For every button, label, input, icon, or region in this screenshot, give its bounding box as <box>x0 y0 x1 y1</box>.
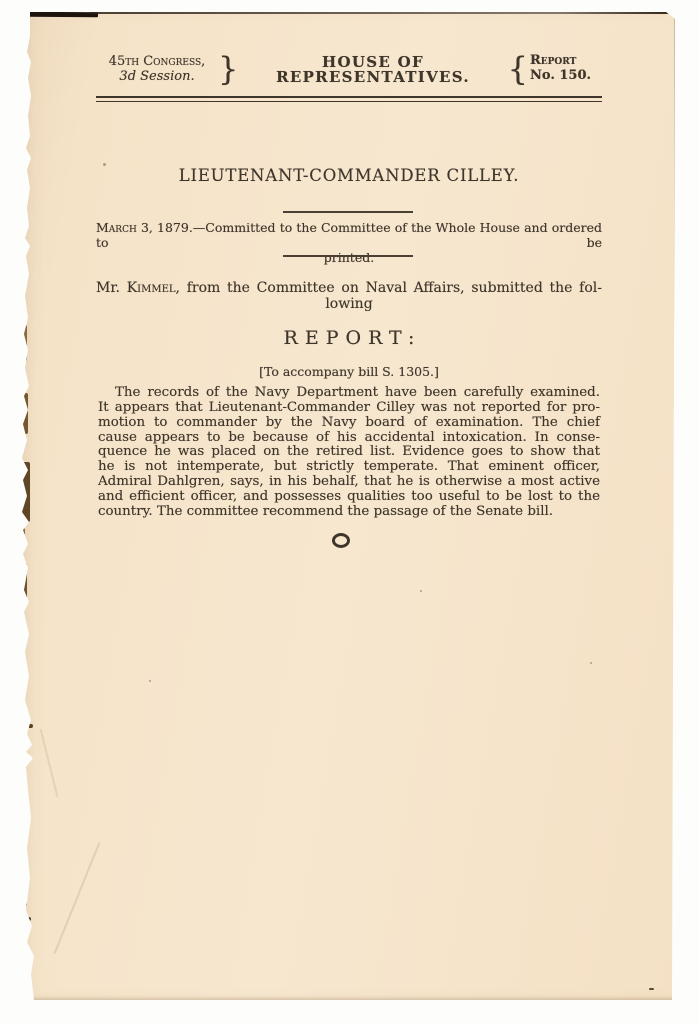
congress-label: 45th Congress, <box>96 54 218 69</box>
body-line: country. The committee recommend the pas… <box>98 505 600 520</box>
body-line: The records of the Navy Department have … <box>98 386 600 401</box>
document-title: LIEUTENANT-COMMANDER CILLEY. <box>96 166 602 185</box>
body-line: quence he was placed on the retired list… <box>98 445 600 460</box>
body-line: Admiral Dahlgren, says, in his behalf, t… <box>98 475 600 490</box>
end-ornament-circle-icon <box>332 533 350 548</box>
scanner-background: { "page": { "paper_color": "#f5e3c8", "b… <box>0 0 699 1024</box>
date-rest: 3, 1879.—Committed to the Committee of t… <box>96 220 602 250</box>
date-line: March 3, 1879.—Committed to the Committe… <box>96 220 602 265</box>
document-page: 45th Congress, 3d Session. } HOUSE OF RE… <box>18 12 676 1000</box>
submitter-prefix: Mr. <box>96 280 127 296</box>
submission-line-2: lowing <box>96 296 602 312</box>
end-ornament-row <box>96 533 602 552</box>
left-brace-glyph: } <box>218 51 238 87</box>
torn-edge-mark <box>22 718 26 723</box>
page-content: 45th Congress, 3d Session. } HOUSE OF RE… <box>18 12 676 1000</box>
double-rule <box>96 96 602 102</box>
chamber-label: HOUSE OF REPRESENTATIVES. <box>238 52 507 85</box>
report-label: Report <box>530 53 602 68</box>
submission-line-1: Mr. Kimmel, from the Committee on Naval … <box>96 280 602 296</box>
torn-edge-mark <box>19 22 27 77</box>
submitter-name: Kimmel <box>127 280 176 296</box>
date-line-1: March 3, 1879.—Committed to the Committe… <box>96 220 602 250</box>
body-line: motion to commander by the Navy board of… <box>98 416 600 431</box>
body-line: It appears that Lieutenant-Commander Cil… <box>98 401 600 416</box>
body-line: he is not intemperate, but strictly temp… <box>98 460 600 475</box>
body-line: cause appears to be because of his accid… <box>98 431 600 446</box>
torn-edge-mark <box>20 90 28 136</box>
report-body: The records of the Navy Department have … <box>98 386 600 520</box>
section-rule <box>283 255 413 257</box>
submission-line: Mr. Kimmel, from the Committee on Naval … <box>96 280 602 312</box>
report-number: No. 150. <box>530 68 602 83</box>
congress-session-block: 45th Congress, 3d Session. <box>96 52 218 84</box>
date-month: March <box>96 220 137 235</box>
masthead: 45th Congress, 3d Session. } HOUSE OF RE… <box>96 52 602 87</box>
accompany-note: [To accompany bill S. 1305.] <box>96 364 602 379</box>
submission-rest: , from the Committee on Naval Affairs, s… <box>176 280 603 296</box>
torn-edge-mark <box>22 902 27 907</box>
torn-edge-mark <box>20 616 24 622</box>
body-line: and efficient officer, and possesses qua… <box>98 490 600 505</box>
report-heading: REPORT: <box>96 327 602 349</box>
section-rule <box>283 211 413 213</box>
right-brace-glyph: { <box>508 51 528 87</box>
report-number-block: Report No. 150. <box>530 52 602 83</box>
session-label: 3d Session. <box>96 69 218 84</box>
date-line-2: printed. <box>96 250 602 265</box>
